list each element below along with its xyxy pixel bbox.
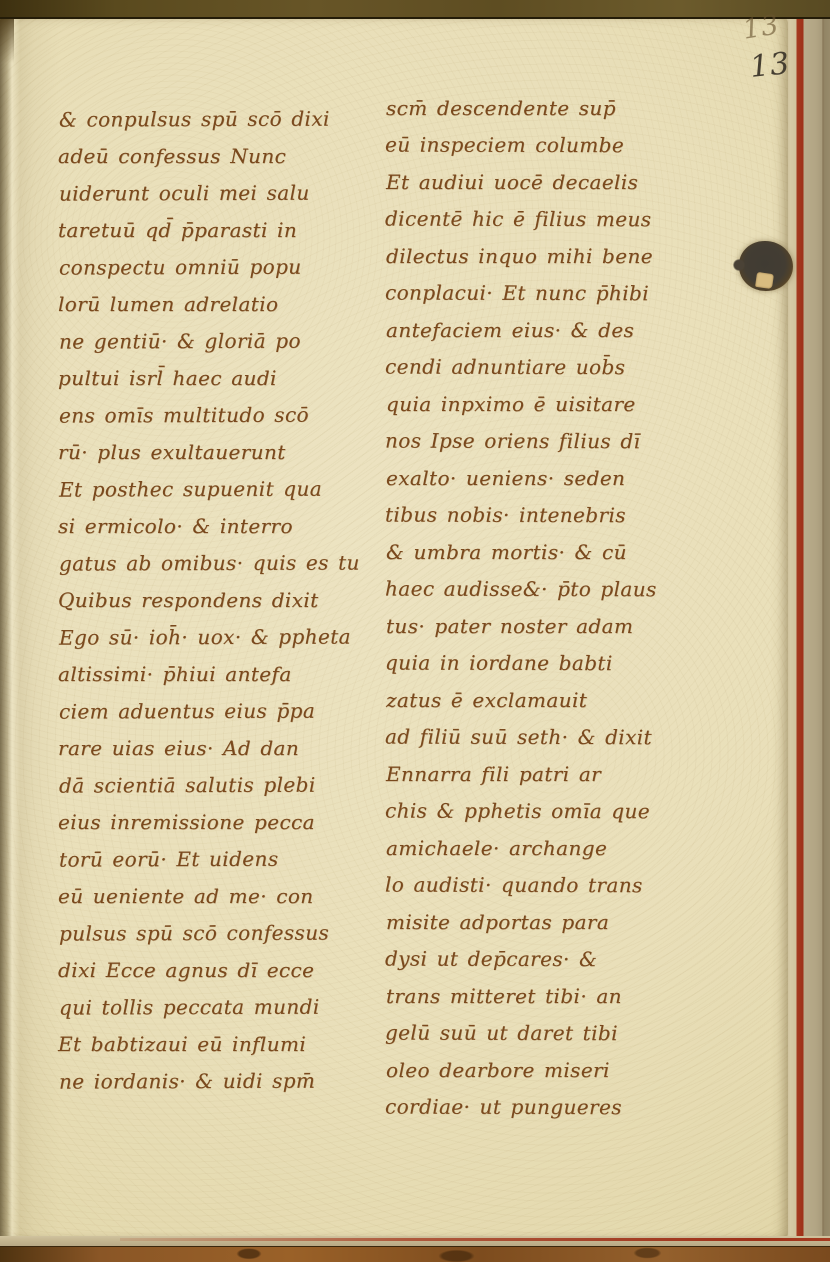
- parchment-page: & conpulsus spū scō dixiadeū confessus N…: [0, 17, 788, 1243]
- manuscript-text-line: ens omīs multitudo scō: [59, 396, 389, 434]
- manuscript-text-line: pultui isrl̄ haec audi: [58, 360, 388, 397]
- manuscript-text-line: tus· pater noster adam: [386, 608, 726, 645]
- manuscript-text-line: adeū confessus Nunc: [58, 138, 388, 175]
- text-column-right: scm̄ descendente sup̄eū inspeciem columb…: [386, 90, 726, 1126]
- manuscript-text-line: taretuū qd̄ p̄parasti in: [58, 212, 388, 249]
- manuscript-text-line: eius inremissione pecca: [58, 804, 388, 841]
- manuscript-text-line: ciem aduentus eius p̄pa: [59, 692, 389, 730]
- manuscript-text-line: cendi adnuntiare uob̄s: [385, 349, 725, 387]
- book-cover-bottom-edge: [0, 1246, 830, 1262]
- manuscript-text-line: lo audisti· quando trans: [385, 867, 725, 905]
- manuscript-text-line: antefaciem eius· & des: [386, 312, 726, 349]
- manuscript-text-line: oleo dearbore miseri: [386, 1052, 726, 1089]
- manuscript-text-line: zatus ē exclamauit: [386, 682, 726, 719]
- manuscript-text-line: rū· plus exultauerunt: [58, 434, 388, 471]
- manuscript-text-line: ad filiū suū seth· & dixit: [385, 719, 725, 757]
- manuscript-text-line: dixi Ecce agnus dī ecce: [58, 952, 388, 989]
- manuscript-text-line: nos Ipse oriens filius dī: [385, 423, 725, 461]
- manuscript-text-line: eū ueniente ad me· con: [58, 878, 388, 915]
- manuscript-text-line: dysi ut dep̄cares· &: [385, 941, 725, 979]
- manuscript-text-line: dā scientiā salutis plebi: [59, 766, 389, 804]
- manuscript-text-line: uiderunt oculi mei salu: [59, 174, 389, 212]
- folio-number-faint: 13: [741, 9, 782, 45]
- manuscript-text-line: & umbra mortis· & cū: [386, 534, 726, 571]
- manuscript-text-line: Ennarra fili patri ar: [386, 756, 726, 793]
- manuscript-text-line: conspectu omniū popu: [59, 248, 389, 286]
- manuscript-text-line: trans mitteret tibi· an: [386, 978, 726, 1015]
- manuscript-text-line: gelū suū ut daret tibi: [385, 1015, 725, 1053]
- manuscript-text-line: ne iordanis· & uidi spm̄: [59, 1062, 389, 1100]
- manuscript-text-line: torū eorū· Et uidens: [59, 840, 389, 878]
- manuscript-text-line: pulsus spū scō confessus: [59, 914, 389, 952]
- gutter-shadow: [0, 17, 60, 1243]
- manuscript-text-line: Ego sū· ioh̄· uox· & ppheta: [59, 618, 389, 656]
- text-column-left: & conpulsus spū scō dixiadeū confessus N…: [58, 101, 388, 1100]
- parchment-hole: [739, 241, 793, 291]
- manuscript-text-line: amichaele· archange: [386, 830, 726, 867]
- fore-edge-streak: [822, 0, 824, 1262]
- manuscript-text-line: dicentē hic ē filius meus: [385, 201, 725, 239]
- manuscript-text-line: Quibus respondens dixit: [58, 582, 388, 619]
- manuscript-photo: & conpulsus spū scō dixiadeū confessus N…: [0, 0, 830, 1262]
- manuscript-text-line: Et audiui uocē decaelis: [386, 164, 726, 201]
- manuscript-text-line: scm̄ descendente sup̄: [386, 90, 726, 127]
- manuscript-text-line: lorū lumen adrelatio: [58, 286, 388, 323]
- manuscript-text-line: Et posthec supuenit qua: [59, 470, 389, 508]
- manuscript-text-line: haec audisse&· p̄to plaus: [385, 571, 725, 609]
- manuscript-text-line: gatus ab omibus· quis es tu: [59, 544, 389, 582]
- manuscript-text-line: misite adportas para: [386, 904, 726, 941]
- book-cover-top-edge: [0, 0, 830, 19]
- manuscript-text-line: rare uias eius· Ad dan: [58, 730, 388, 767]
- parchment-hole-chip: [755, 272, 774, 289]
- manuscript-text-line: conplacui· Et nunc p̄hibi: [385, 275, 725, 313]
- manuscript-text-line: eū inspeciem columbe: [385, 127, 725, 165]
- manuscript-text-line: cordiae· ut pungueres: [385, 1089, 725, 1127]
- folio-number-ink: 13: [748, 46, 792, 85]
- manuscript-text-line: quia inpximo ē uisitare: [386, 386, 726, 423]
- manuscript-text-line: tibus nobis· intenebris: [385, 497, 725, 535]
- manuscript-text-line: dilectus inquo mihi bene: [386, 238, 726, 275]
- manuscript-text-line: altissimi· p̄hiui antefa: [58, 656, 388, 693]
- manuscript-text-line: Et babtizaui eū influmi: [58, 1026, 388, 1063]
- manuscript-text-line: ne gentiū· & gloriā po: [59, 322, 389, 360]
- bottom-edge-red-stain: [120, 1238, 830, 1241]
- manuscript-text-line: chis & pphetis omīa que: [385, 793, 725, 831]
- manuscript-text-line: quia in iordane babti: [385, 645, 725, 683]
- manuscript-text-line: qui tollis peccata mundi: [59, 988, 389, 1026]
- manuscript-text-line: & conpulsus spū scō dixi: [59, 100, 389, 138]
- parchment-hole-nub: [733, 259, 745, 271]
- spine-shadow: [0, 17, 14, 63]
- manuscript-text-line: exalto· ueniens· seden: [386, 460, 726, 497]
- manuscript-text-line: si ermicolo· & interro: [58, 508, 388, 545]
